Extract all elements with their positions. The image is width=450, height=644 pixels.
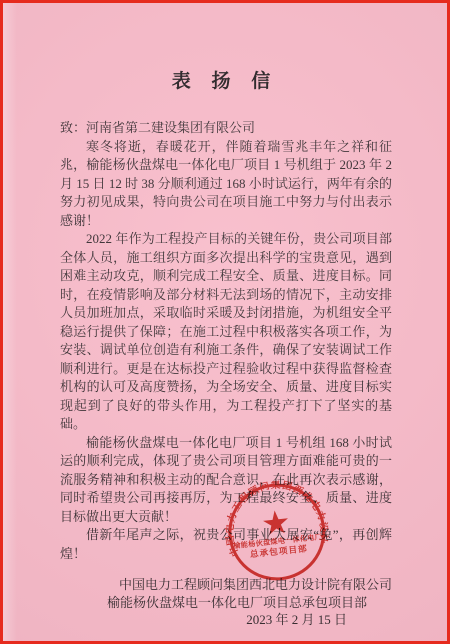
letter-body: 致：河南省第二建设集团有限公司 寒冬将逝，春暖花开，伴随着瑞雪兆丰年之祥和征兆，… xyxy=(0,93,450,563)
signature-company: 中国电力工程顾问集团西北电力设计院有限公司 xyxy=(0,576,392,594)
signature-block: 中国电力工程顾问集团西北电力设计院有限公司 榆能杨伙盘煤电一体化电厂项目总承包项… xyxy=(0,576,450,629)
paragraph-1: 寒冬将逝，春暖花开，伴随着瑞雪兆丰年之祥和征兆，榆能杨伙盘煤电一体化电厂项目 1… xyxy=(60,138,392,231)
paragraph-4: 借新年尾声之际，祝贵公司事业大展宏“兔”，再创辉煌！ xyxy=(60,526,392,563)
recipient-line: 致：河南省第二建设集团有限公司 xyxy=(60,119,392,138)
letter-title: 表 扬 信 xyxy=(0,66,450,93)
signature-date: 2023 年 2 月 15 日 xyxy=(0,611,347,629)
commendation-letter-page: 表 扬 信 致：河南省第二建设集团有限公司 寒冬将逝，春暖花开，伴随着瑞雪兆丰年… xyxy=(0,0,450,644)
paragraph-3: 榆能杨伙盘煤电一体化电厂项目 1 号机组 168 小时试运的顺利完成，体现了贵公… xyxy=(60,434,392,527)
paragraph-2: 2022 年作为工程投产目标的关键年份，贵公司项目部全体人员，施工组织方面多次提… xyxy=(60,230,392,434)
signature-department: 榆能杨伙盘煤电一体化电厂项目总承包项目部 xyxy=(0,594,367,612)
